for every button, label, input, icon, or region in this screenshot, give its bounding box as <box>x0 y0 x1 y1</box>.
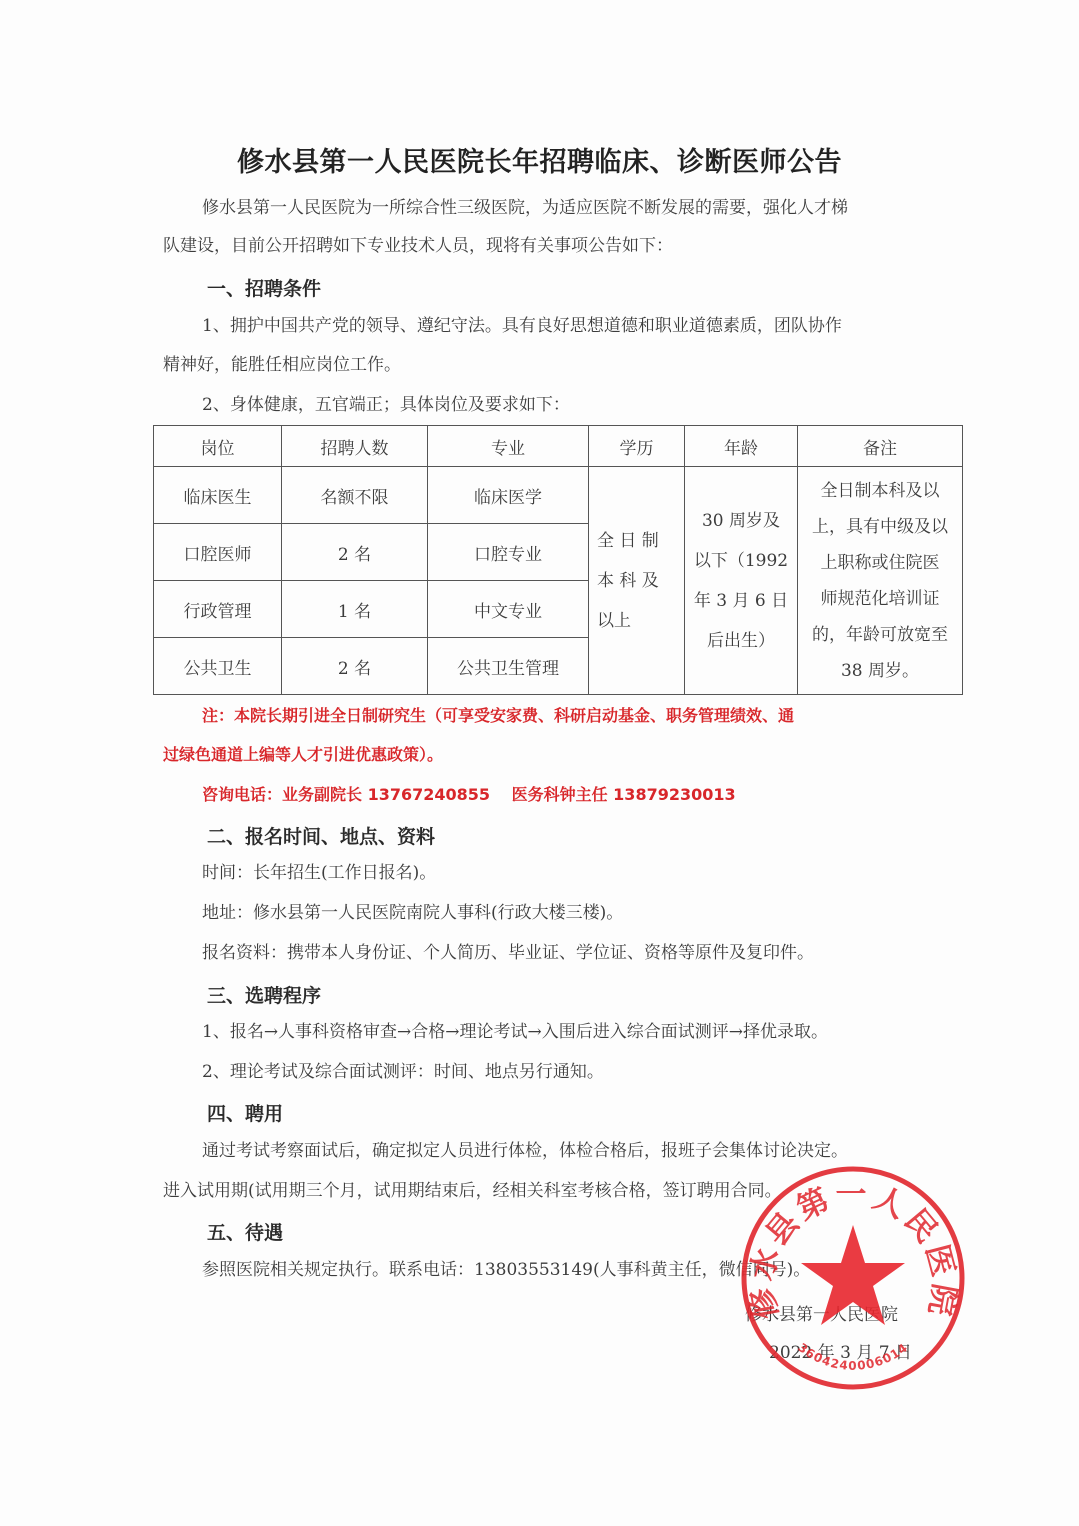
registration-address: 地址：修水县第一人民医院南院人事科(行政大楼三楼)。 <box>202 903 623 923</box>
section-heading-conditions: 一、招聘条件 <box>207 274 321 301</box>
intro-line-1: 修水县第一人民医院为一所综合性三级医院，为适应医院不断发展的需要，强化人才梯 <box>202 198 848 218</box>
cell-major: 公共卫生管理 <box>428 638 589 695</box>
positions-table: 岗位 招聘人数 专业 学历 年龄 备注 临床医生 名额不限 临床医学 全 日 制… <box>153 425 963 695</box>
intro-line-2: 队建设，目前公开招聘如下专业技术人员，现将有关事项公告如下： <box>163 236 673 256</box>
age-line: 后出生） <box>693 621 789 661</box>
cell-age: 30 周岁及 以下（1992 年 3 月 6 日 后出生） <box>685 467 798 695</box>
registration-time: 时间：长年招生(工作日报名)。 <box>202 863 436 883</box>
employment-line-2: 进入试用期(试用期三个月，试用期结束后，经相关科室考核合格，签订聘用合同。 <box>163 1181 782 1201</box>
header-count: 招聘人数 <box>282 426 428 467</box>
cell-position: 临床医生 <box>154 467 282 524</box>
signature-date: 2022 年 3 月 7 日 <box>769 1338 912 1363</box>
education-line: 本 科 及 <box>597 561 676 601</box>
cell-position: 公共卫生 <box>154 638 282 695</box>
employment-line-1: 通过考试考察面试后，确定拟定人员进行体检，体检合格后，报班子会集体讨论决定。 <box>202 1141 848 1161</box>
age-line: 30 周岁及 <box>693 501 789 541</box>
table-header-row: 岗位 招聘人数 专业 学历 年龄 备注 <box>154 426 963 467</box>
cell-position: 口腔医师 <box>154 524 282 581</box>
signature-org: 修水县第一人民医院 <box>745 1300 898 1325</box>
section-heading-benefits: 五、待遇 <box>207 1218 283 1245</box>
remark-line: 上职称或住院医 <box>804 545 956 581</box>
condition-2: 2、身体健康，五官端正；具体岗位及要求如下： <box>202 395 570 415</box>
cell-count: 1 名 <box>282 581 428 638</box>
cell-major: 中文专业 <box>428 581 589 638</box>
cell-count: 2 名 <box>282 638 428 695</box>
remark-line: 师规范化培训证 <box>804 581 956 617</box>
remark-line: 的，年龄可放宽至 <box>804 617 956 653</box>
cell-remark: 全日制本科及以 上，具有中级及以 上职称或住院医 师规范化培训证 的，年龄可放宽… <box>798 467 963 695</box>
remark-line: 上，具有中级及以 <box>804 509 956 545</box>
header-major: 专业 <box>428 426 589 467</box>
header-position: 岗位 <box>154 426 282 467</box>
cell-education: 全 日 制 本 科 及 以上 <box>589 467 685 695</box>
section-heading-registration: 二、报名时间、地点、资料 <box>207 822 435 849</box>
procedure-2: 2、理论考试及综合面试测评：时间、地点另行通知。 <box>202 1062 604 1082</box>
header-remark: 备注 <box>798 426 963 467</box>
cell-count: 名额不限 <box>282 467 428 524</box>
registration-materials: 报名资料：携带本人身份证、个人简历、毕业证、学位证、资格等原件及复印件。 <box>202 943 814 963</box>
note-line-2: 过绿色通道上编等人才引进优惠政策）。 <box>163 745 443 765</box>
procedure-1: 1、报名→人事科资格审查→合格→理论考试→入围后进入综合面试测评→择优录取。 <box>202 1022 828 1042</box>
section-heading-employment: 四、聘用 <box>207 1099 283 1126</box>
age-line: 以下（1992 <box>693 541 789 581</box>
remark-line: 全日制本科及以 <box>804 473 956 509</box>
condition-1-line-2: 精神好，能胜任相应岗位工作。 <box>163 355 401 375</box>
table-row: 临床医生 名额不限 临床医学 全 日 制 本 科 及 以上 30 周岁及 以下（… <box>154 467 963 524</box>
header-age: 年龄 <box>685 426 798 467</box>
header-education: 学历 <box>589 426 685 467</box>
cell-major: 临床医学 <box>428 467 589 524</box>
condition-1-line-1: 1、拥护中国共产党的领导、遵纪守法。具有良好思想道德和职业道德素质，团队协作 <box>202 316 842 336</box>
cell-position: 行政管理 <box>154 581 282 638</box>
cell-count: 2 名 <box>282 524 428 581</box>
remark-line: 38 周岁。 <box>804 653 956 689</box>
note-line-1: 注：本院长期引进全日制研究生（可享受安家费、科研启动基金、职务管理绩效、通 <box>202 706 794 726</box>
section-heading-procedure: 三、选聘程序 <box>207 981 321 1008</box>
education-line: 以上 <box>597 601 676 641</box>
page-title: 修水县第一人民医院长年招聘临床、诊断医师公告 <box>0 140 1079 179</box>
cell-major: 口腔专业 <box>428 524 589 581</box>
benefits-line: 参照医院相关规定执行。联系电话：13803553149(人事科黄主任，微信同号)… <box>202 1260 810 1280</box>
education-line: 全 日 制 <box>597 521 676 561</box>
consult-phones: 咨询电话：业务副院长 13767240855 医务科钟主任 1387923001… <box>202 785 736 805</box>
age-line: 年 3 月 6 日 <box>693 581 789 621</box>
